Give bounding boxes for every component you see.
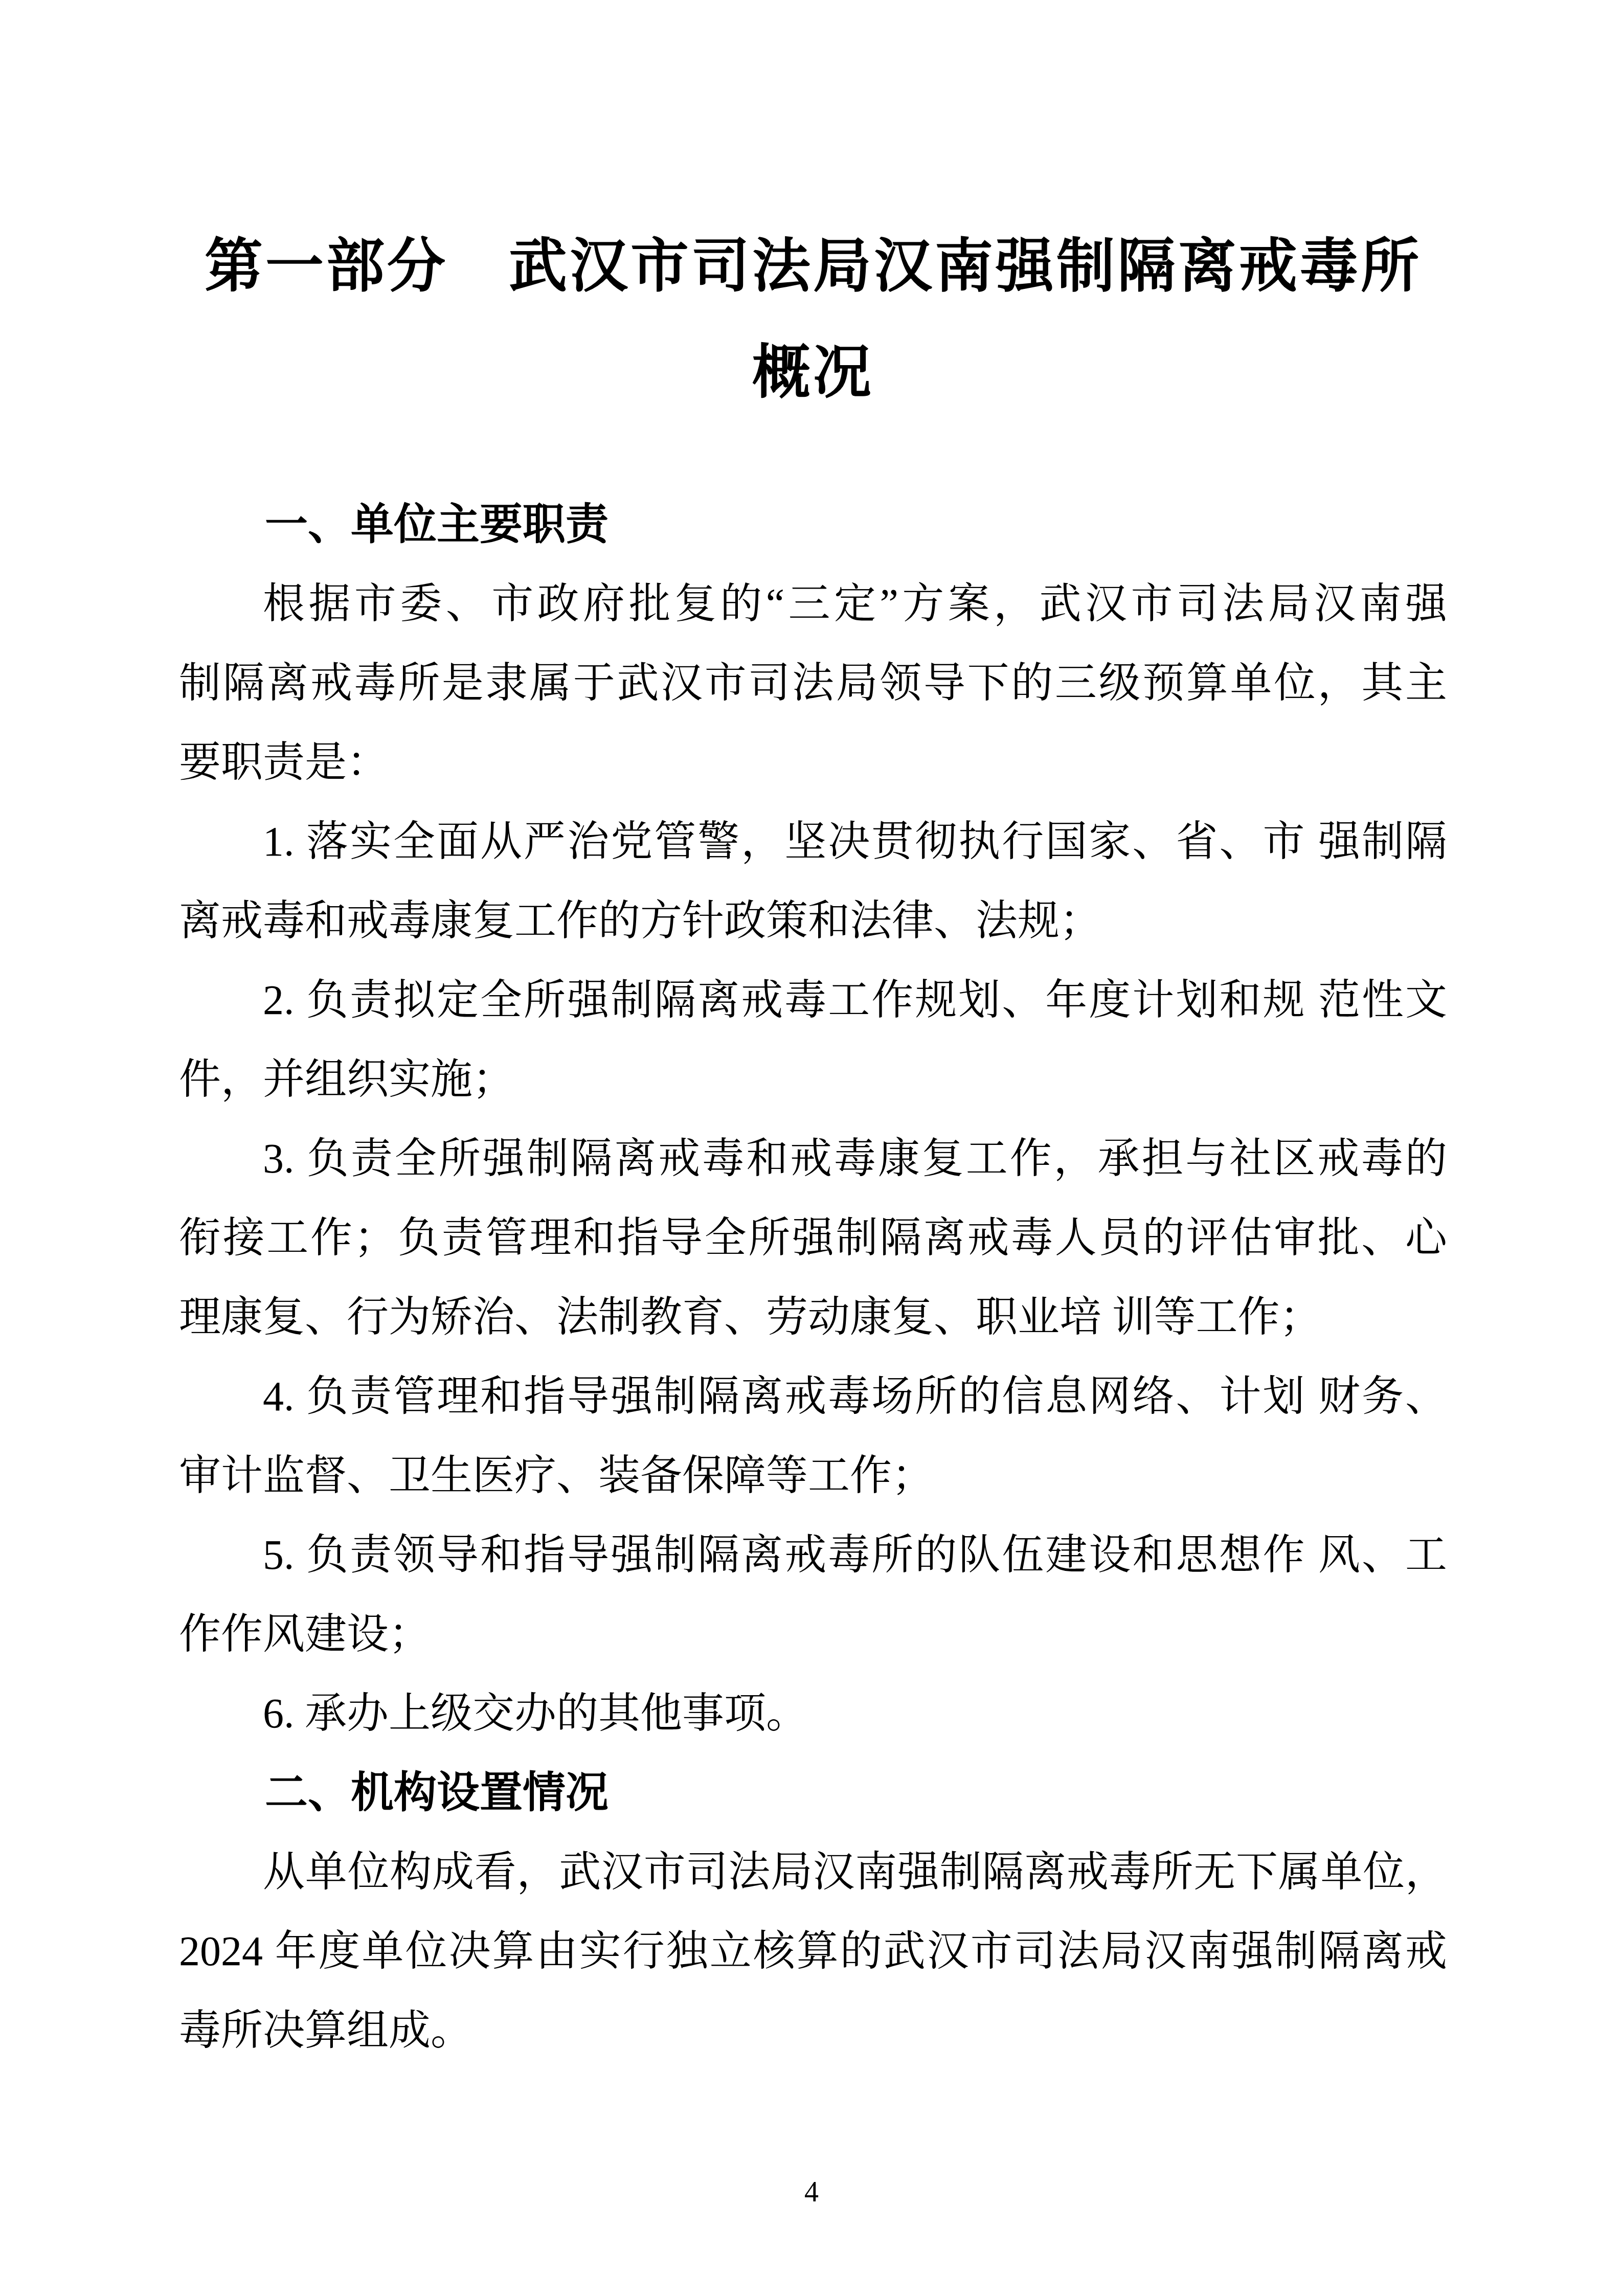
body-line: 5. 负责领导和指导强制隔离戒毒所的队伍建设和思想作 风、工 xyxy=(179,1515,1447,1594)
title-line-1: 第一部分 武汉市司法局汉南强制隔离戒毒所 xyxy=(179,213,1447,320)
paragraph-duty-5: 5. 负责领导和指导强制隔离戒毒所的队伍建设和思想作 风、工 作作风建设； xyxy=(179,1515,1447,1674)
body-line: 理康复、行为矫治、法制教育、劳动康复、职业培 训等工作； xyxy=(179,1277,1447,1357)
body-line: 6. 承办上级交办的其他事项。 xyxy=(179,1674,1447,1753)
document-title: 第一部分 武汉市司法局汉南强制隔离戒毒所 概况 xyxy=(179,213,1447,426)
title-line-2: 概况 xyxy=(179,320,1447,426)
body-line: 衔接工作；负责管理和指导全所强制隔离戒毒人员的评估审批、心 xyxy=(179,1198,1447,1277)
body-line: 2. 负责拟定全所强制隔离戒毒工作规划、年度计划和规 范性文 xyxy=(179,960,1447,1040)
body-line: 审计监督、卫生医疗、装备保障等工作； xyxy=(179,1436,1447,1515)
body-line: 根据市委、市政府批复的“三定”方案，武汉市司法局汉南强 xyxy=(179,564,1447,643)
body-line: 要职责是： xyxy=(179,723,1447,802)
body-line: 3. 负责全所强制隔离戒毒和戒毒康复工作，承担与社区戒毒的 xyxy=(179,1119,1447,1198)
body-line: 件，并组织实施； xyxy=(179,1040,1447,1119)
paragraph-duty-6: 6. 承办上级交办的其他事项。 xyxy=(179,1674,1447,1753)
paragraph-duty-2: 2. 负责拟定全所强制隔离戒毒工作规划、年度计划和规 范性文 件，并组织实施； xyxy=(179,960,1447,1119)
body-line: 4. 负责管理和指导强制隔离戒毒场所的信息网络、计划 财务、 xyxy=(179,1357,1447,1436)
document-content: 第一部分 武汉市司法局汉南强制隔离戒毒所 概况 一、单位主要职责 根据市委、市政… xyxy=(179,213,1447,2070)
section-2-heading: 二、机构设置情况 xyxy=(179,1753,1447,1832)
paragraph-duty-3: 3. 负责全所强制隔离戒毒和戒毒康复工作，承担与社区戒毒的 衔接工作；负责管理和… xyxy=(179,1119,1447,1357)
body-line: 毒所决算组成。 xyxy=(179,1991,1447,2070)
body-line: 1. 落实全面从严治党管警，坚决贯彻执行国家、省、市 强制隔 xyxy=(179,802,1447,881)
body-line: 制隔离戒毒所是隶属于武汉市司法局领导下的三级预算单位，其主 xyxy=(179,643,1447,723)
page-number: 4 xyxy=(0,2174,1623,2210)
scanned-document-page: { "page": { "background": "#ffffff", "te… xyxy=(0,0,1623,2296)
body-line: 2024 年度单位决算由实行独立核算的武汉市司法局汉南强制隔离戒 xyxy=(179,1911,1447,1991)
body-line: 离戒毒和戒毒康复工作的方针政策和法律、法规； xyxy=(179,881,1447,960)
body-line: 作作风建设； xyxy=(179,1594,1447,1674)
paragraph-org-structure: 从单位构成看，武汉市司法局汉南强制隔离戒毒所无下属单位， 2024 年度单位决算… xyxy=(179,1832,1447,2070)
section-1-heading: 一、单位主要职责 xyxy=(179,485,1447,564)
body-line: 从单位构成看，武汉市司法局汉南强制隔离戒毒所无下属单位， xyxy=(179,1832,1447,1911)
paragraph-duty-1: 1. 落实全面从严治党管警，坚决贯彻执行国家、省、市 强制隔 离戒毒和戒毒康复工… xyxy=(179,802,1447,960)
paragraph-unit-intro: 根据市委、市政府批复的“三定”方案，武汉市司法局汉南强 制隔离戒毒所是隶属于武汉… xyxy=(179,564,1447,802)
paragraph-duty-4: 4. 负责管理和指导强制隔离戒毒场所的信息网络、计划 财务、 审计监督、卫生医疗… xyxy=(179,1357,1447,1515)
